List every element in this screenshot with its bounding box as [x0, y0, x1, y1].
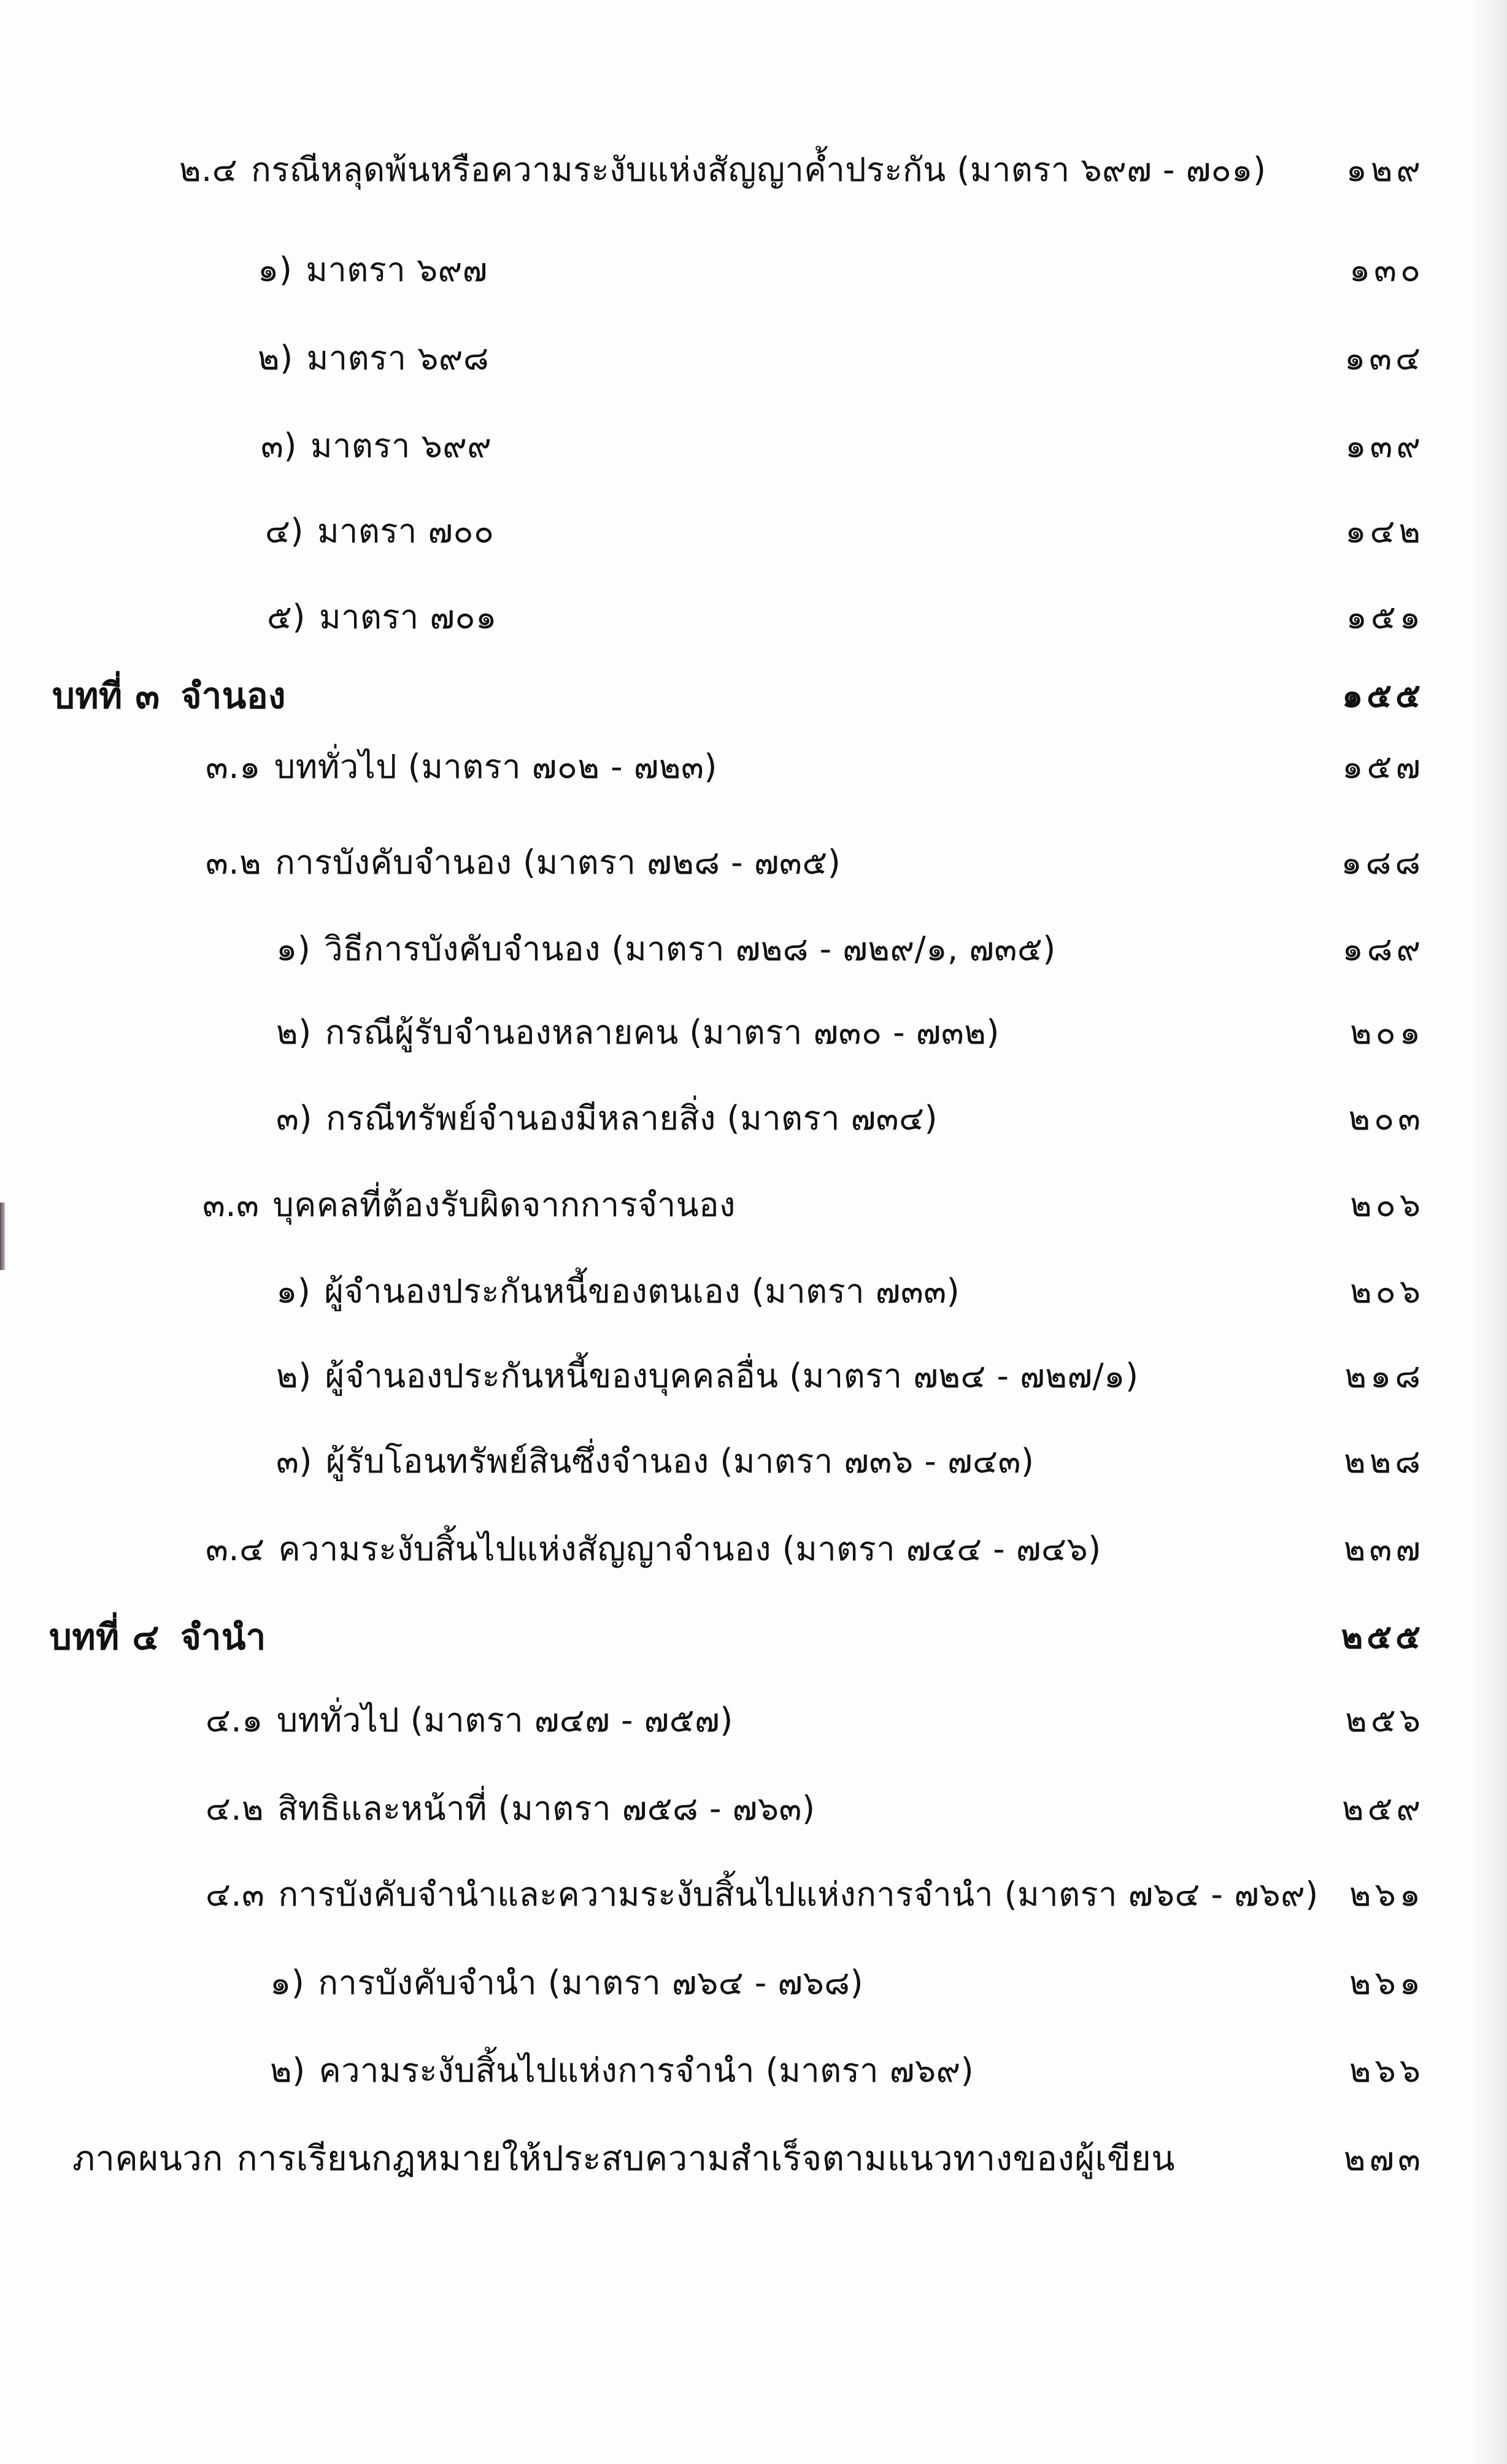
toc-entry-subsection: ๓)กรณีทรัพย์จำนองมีหลายสิ่ง (มาตรา ๗๓๔) … — [0, 1091, 1507, 1146]
toc-entry-subsection: ๑)วิธีการบังคับจำนอง (มาตรา ๗๒๘ - ๗๒๙/๑,… — [0, 922, 1507, 977]
item-title: วิธีการบังคับจำนอง (มาตรา ๗๒๘ - ๗๒๙/๑, ๗… — [324, 930, 1055, 968]
section-title: กรณีหลุดพ้นหรือความระงับแห่งสัญญาค้ำประก… — [251, 150, 1266, 189]
toc-entry-text: ๓)มาตรา ๖๙๙ — [261, 418, 491, 474]
item-title: มาตรา ๖๙๗ — [306, 250, 487, 289]
section-title: การบังคับจำนอง (มาตรา ๗๒๘ - ๗๓๕) — [275, 843, 841, 882]
toc-entry-chapter: บทที่ ๔จำนำ ๒๕๕ — [0, 1609, 1507, 1665]
toc-entry-chapter: บทที่ ๓จำนอง ๑๕๕ — [0, 668, 1507, 723]
toc-entry-section: ๔.๒สิทธิและหน้าที่ (มาตรา ๗๕๘ - ๗๖๓) ๒๕๙ — [0, 1781, 1507, 1836]
toc-entry-section: ๓.๔ความระงับสิ้นไปแห่งสัญญาจำนอง (มาตรา … — [0, 1522, 1507, 1577]
toc-entry-section: ๔.๑บททั่วไป (มาตรา ๗๔๗ - ๗๕๗) ๒๕๖ — [0, 1693, 1507, 1748]
section-number: ๔.๓ — [206, 1875, 264, 1914]
toc-entry-text: ๑)วิธีการบังคับจำนอง (มาตรา ๗๒๘ - ๗๒๙/๑,… — [276, 922, 1056, 977]
toc-entry-text: ๑)ผู้จำนองประกันหนี้ของตนเอง (มาตรา ๗๓๓) — [276, 1264, 960, 1319]
section-title: สิทธิและหน้าที่ (มาตรา ๗๕๘ - ๗๖๓) — [277, 1789, 815, 1828]
page-number: ๑๕๑ — [1295, 590, 1424, 645]
page-number: ๑๘๘ — [1295, 835, 1424, 890]
toc-entry-text: บทที่ ๓จำนอง — [52, 668, 286, 723]
section-number: ๓.๒ — [206, 843, 261, 882]
item-number: ๒) — [258, 339, 293, 377]
item-title: มาตรา ๗๐๐ — [317, 512, 495, 550]
section-number: ๒.๔ — [179, 150, 237, 189]
item-number: ๒) — [270, 2051, 306, 2090]
item-title: มาตรา ๖๙๙ — [310, 426, 491, 465]
toc-entry-subsection: ๓)มาตรา ๖๙๙ ๑๓๙ — [0, 418, 1507, 474]
toc-entry-text: ๒)ความระงับสิ้นไปแห่งการจำนำ (มาตรา ๗๖๙) — [270, 2043, 974, 2098]
item-number: ๔) — [265, 512, 304, 550]
toc-entry-text: ๓)ผู้รับโอนทรัพย์สินซึ่งจำนอง (มาตรา ๗๓๖… — [276, 1434, 1034, 1489]
toc-entry-text: ๒)กรณีผู้รับจำนองหลายคน (มาตรา ๗๓๐ - ๗๓๒… — [276, 1005, 1000, 1060]
chapter-title: จำนอง — [181, 675, 286, 717]
appendix-title: การเรียนกฎหมายให้ประสบความสำเร็จตามแนวทา… — [237, 2139, 1175, 2179]
toc-entry-subsection: ๓)ผู้รับโอนทรัพย์สินซึ่งจำนอง (มาตรา ๗๓๖… — [0, 1434, 1507, 1489]
toc-entry-text: ๑)การบังคับจำนำ (มาตรา ๗๖๔ - ๗๖๘) — [270, 1955, 863, 2011]
toc-entry-subsection: ๔)มาตรา ๗๐๐ ๑๔๒ — [0, 504, 1507, 559]
chapter-number: บทที่ ๓ — [52, 675, 160, 717]
appendix-label: ภาคผนวก — [72, 2139, 223, 2179]
toc-entry-subsection: ๕)มาตรา ๗๐๑ ๑๕๑ — [0, 590, 1507, 645]
toc-entry-text: ๓)กรณีทรัพย์จำนองมีหลายสิ่ง (มาตรา ๗๓๔) — [276, 1091, 938, 1146]
page-number: ๑๕๕ — [1295, 668, 1424, 723]
page-number: ๒๗๓ — [1295, 2131, 1424, 2187]
item-number: ๕) — [267, 598, 306, 636]
item-title: มาตรา ๗๐๑ — [319, 598, 497, 636]
page-number: ๒๕๙ — [1295, 1781, 1424, 1836]
section-number: ๔.๒ — [206, 1789, 264, 1828]
page-number: ๑๘๙ — [1295, 922, 1424, 977]
item-title: การบังคับจำนำ (มาตรา ๗๖๔ - ๗๖๘) — [318, 1963, 863, 2002]
page-number: ๑๕๗ — [1295, 739, 1424, 795]
toc-entry-text: ๔.๓การบังคับจำนำและความระงับสิ้นไปแห่งกา… — [206, 1867, 1319, 1922]
page-number: ๒๑๘ — [1295, 1349, 1424, 1404]
item-title: ความระงับสิ้นไปแห่งการจำนำ (มาตรา ๗๖๙) — [319, 2051, 974, 2090]
page-number: ๒๐๓ — [1295, 1091, 1424, 1146]
toc-entry-subsection: ๒)กรณีผู้รับจำนองหลายคน (มาตรา ๗๓๐ - ๗๓๒… — [0, 1005, 1507, 1060]
item-title: กรณีทรัพย์จำนองมีหลายสิ่ง (มาตรา ๗๓๔) — [326, 1099, 938, 1138]
toc-entry-text: ๔)มาตรา ๗๐๐ — [265, 504, 494, 559]
page-number: ๒๒๘ — [1295, 1434, 1424, 1489]
page-number: ๒๕๕ — [1295, 1609, 1424, 1665]
section-number: ๓.๔ — [206, 1530, 264, 1568]
section-number: ๔.๑ — [206, 1701, 263, 1739]
item-number: ๓) — [276, 1442, 312, 1480]
toc-entry-subsection: ๑)การบังคับจำนำ (มาตรา ๗๖๔ - ๗๖๘) ๒๖๑ — [0, 1955, 1507, 2011]
section-number: ๓.๑ — [206, 747, 261, 786]
item-title: ผู้จำนองประกันหนี้ของบุคคลอื่น (มาตรา ๗๒… — [325, 1357, 1139, 1395]
page-number: ๑๔๒ — [1295, 504, 1424, 559]
toc-entry-text: ๔.๑บททั่วไป (มาตรา ๗๔๗ - ๗๕๗) — [206, 1693, 733, 1748]
toc-entry-text: ๓.๒การบังคับจำนอง (มาตรา ๗๒๘ - ๗๓๕) — [206, 835, 841, 890]
page-number: ๒๖๑ — [1295, 1955, 1424, 2011]
section-number: ๓.๓ — [202, 1185, 260, 1224]
item-title: ผู้รับโอนทรัพย์สินซึ่งจำนอง (มาตรา ๗๓๖ -… — [326, 1442, 1034, 1480]
toc-entry-subsection: ๒)มาตรา ๖๙๘ ๑๓๔ — [0, 331, 1507, 386]
toc-entry-text: ๔.๒สิทธิและหน้าที่ (มาตรา ๗๕๘ - ๗๖๓) — [206, 1781, 815, 1836]
toc-entry-subsection: ๒)ผู้จำนองประกันหนี้ของบุคคลอื่น (มาตรา … — [0, 1349, 1507, 1404]
page-number: ๒๓๗ — [1295, 1522, 1424, 1577]
toc-entry-text: ๒)ผู้จำนองประกันหนี้ของบุคคลอื่น (มาตรา … — [276, 1349, 1139, 1404]
toc-entry-section: ๔.๓การบังคับจำนำและความระงับสิ้นไปแห่งกา… — [0, 1867, 1507, 1922]
toc-entry-text: ๕)มาตรา ๗๐๑ — [267, 590, 497, 645]
section-title: ความระงับสิ้นไปแห่งสัญญาจำนอง (มาตรา ๗๔๔… — [278, 1530, 1101, 1568]
item-title: มาตรา ๖๙๘ — [307, 339, 489, 377]
chapter-number: บทที่ ๔ — [49, 1616, 160, 1658]
page-number: ๑๓๙ — [1295, 418, 1424, 474]
toc-entry-subsection: ๑)ผู้จำนองประกันหนี้ของตนเอง (มาตรา ๗๓๓)… — [0, 1264, 1507, 1319]
page-number: ๒๐๑ — [1295, 1005, 1424, 1060]
section-title: การบังคับจำนำและความระงับสิ้นไปแห่งการจำ… — [278, 1875, 1318, 1914]
section-title: บุคคลที่ต้องรับผิดจากการจำนอง — [273, 1185, 736, 1224]
section-title: บททั่วไป (มาตรา ๗๔๗ - ๗๕๗) — [277, 1701, 733, 1739]
item-number: ๓) — [276, 1099, 312, 1138]
toc-entry-text: ๒.๔กรณีหลุดพ้นหรือความระงับแห่งสัญญาค้ำป… — [179, 142, 1266, 198]
section-title: บททั่วไป (มาตรา ๗๐๒ - ๗๒๓) — [274, 747, 717, 786]
item-number: ๒) — [276, 1013, 312, 1052]
toc-entry-text: ๓.๑บททั่วไป (มาตรา ๗๐๒ - ๗๒๓) — [206, 739, 717, 795]
page-number: ๒๐๖ — [1295, 1177, 1424, 1233]
toc-entry-text: ๑)มาตรา ๖๙๗ — [258, 242, 488, 298]
toc-entry-section: ๓.๑บททั่วไป (มาตรา ๗๐๒ - ๗๒๓) ๑๕๗ — [0, 739, 1507, 795]
toc-entry-subsection: ๑)มาตรา ๖๙๗ ๑๓๐ — [0, 242, 1507, 298]
page-number: ๒๖๖ — [1295, 2043, 1424, 2098]
item-number: ๓) — [261, 426, 297, 465]
toc-entry-text: ภาคผนวกการเรียนกฎหมายให้ประสบความสำเร็จต… — [72, 2131, 1175, 2187]
item-number: ๑) — [276, 930, 310, 968]
toc-entry-section: ๓.๒การบังคับจำนอง (มาตรา ๗๒๘ - ๗๓๕) ๑๘๘ — [0, 835, 1507, 890]
item-title: กรณีผู้รับจำนองหลายคน (มาตรา ๗๓๐ - ๗๓๒) — [325, 1013, 1000, 1052]
page-number: ๒๖๑ — [1295, 1867, 1424, 1922]
page-number: ๒๐๖ — [1295, 1264, 1424, 1319]
item-number: ๑) — [276, 1272, 310, 1311]
toc-entry-section: ๓.๓บุคคลที่ต้องรับผิดจากการจำนอง ๒๐๖ — [0, 1177, 1507, 1233]
chapter-title: จำนำ — [180, 1616, 266, 1658]
item-title: ผู้จำนองประกันหนี้ของตนเอง (มาตรา ๗๓๓) — [324, 1272, 960, 1311]
item-number: ๑) — [270, 1963, 304, 2002]
toc-entry-text: ๓.๓บุคคลที่ต้องรับผิดจากการจำนอง — [202, 1177, 736, 1233]
page-number: ๒๕๖ — [1295, 1693, 1424, 1748]
toc-entry-subsection: ๒)ความระงับสิ้นไปแห่งการจำนำ (มาตรา ๗๖๙)… — [0, 2043, 1507, 2098]
toc-entry-text: ๒)มาตรา ๖๙๘ — [258, 331, 489, 386]
toc-entry-appendix: ภาคผนวกการเรียนกฎหมายให้ประสบความสำเร็จต… — [0, 2131, 1507, 2187]
toc-entry-section: ๒.๔กรณีหลุดพ้นหรือความระงับแห่งสัญญาค้ำป… — [0, 142, 1507, 198]
page-number: ๑๓๐ — [1295, 242, 1424, 298]
item-number: ๑) — [258, 250, 292, 289]
page-number: ๑๒๙ — [1295, 142, 1424, 198]
page-number: ๑๓๔ — [1295, 331, 1424, 386]
item-number: ๒) — [276, 1357, 312, 1395]
toc-entry-text: ๓.๔ความระงับสิ้นไปแห่งสัญญาจำนอง (มาตรา … — [206, 1522, 1101, 1577]
toc-entry-text: บทที่ ๔จำนำ — [49, 1609, 266, 1665]
